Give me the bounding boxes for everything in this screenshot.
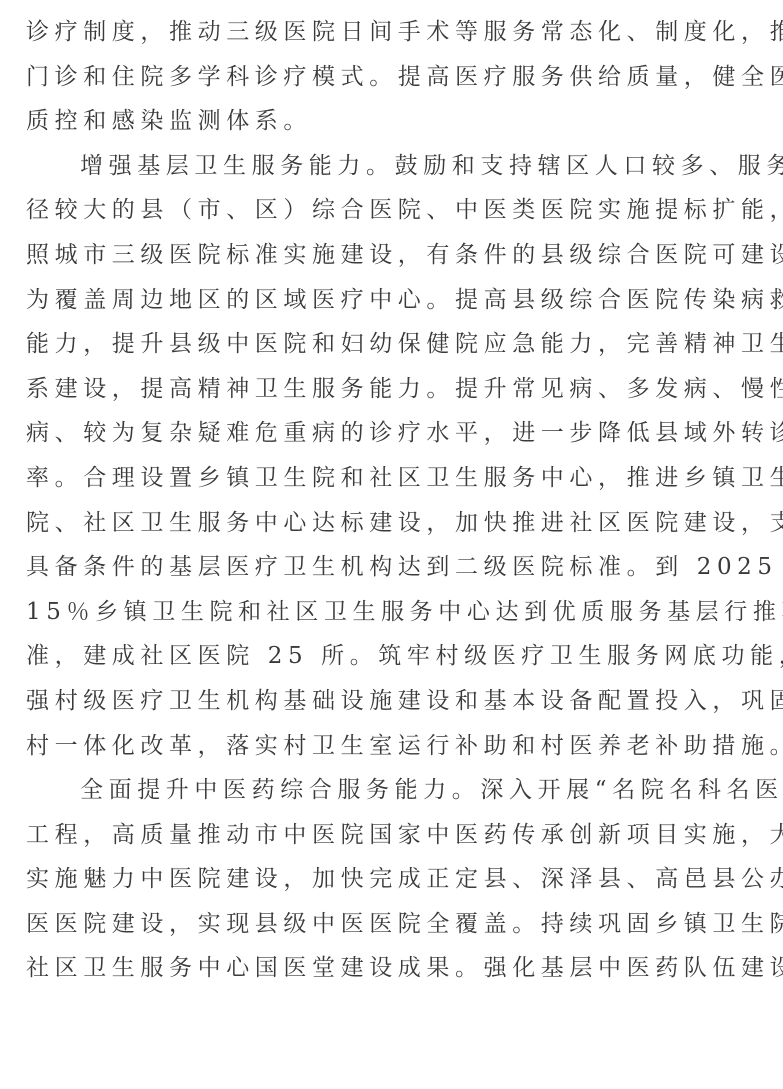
text-line: 率。合理设置乡镇卫生院和社区卫生服务中心，推进乡镇卫生 <box>26 456 766 501</box>
text-line: 质控和感染监测体系。 <box>26 99 766 144</box>
paragraph-2: 增强基层卫生服务能力。鼓励和支持辖区人口较多、服务半 径较大的县（市、区）综合医… <box>26 144 766 768</box>
text-line: 强村级医疗卫生机构基础设施建设和基本设备配置投入，巩固乡 <box>26 679 766 724</box>
text-line: 能力，提升县级中医院和妇幼保健院应急能力，完善精神卫生体 <box>26 322 766 367</box>
text-line: 工程，高质量推动市中医院国家中医药传承创新项目实施，大力 <box>26 813 766 858</box>
text-line: 具备条件的基层医疗卫生机构达到二级医院标准。到 2025 年， <box>26 545 766 590</box>
text-line: 门诊和住院多学科诊疗模式。提高医疗服务供给质量，健全医疗 <box>26 55 766 100</box>
text-line: 医医院建设，实现县级中医医院全覆盖。持续巩固乡镇卫生院、 <box>26 902 766 947</box>
paragraph-1: 诊疗制度，推动三级医院日间手术等服务常态化、制度化，推广 门诊和住院多学科诊疗模… <box>26 10 766 144</box>
text-line: 诊疗制度，推动三级医院日间手术等服务常态化、制度化，推广 <box>26 10 766 55</box>
text-line: 照城市三级医院标准实施建设，有条件的县级综合医院可建设成 <box>26 233 766 278</box>
text-line: 社区卫生服务中心国医堂建设成果。强化基层中医药队伍建设， <box>26 946 766 991</box>
text-line: 实施魅力中医院建设，加快完成正定县、深泽县、高邑县公办中 <box>26 857 766 902</box>
text-line: 15％乡镇卫生院和社区卫生服务中心达到优质服务基层行推荐标 <box>26 590 766 635</box>
text-line: 径较大的县（市、区）综合医院、中医类医院实施提标扩能，按 <box>26 188 766 233</box>
text-line: 病、较为复杂疑难危重病的诊疗水平，进一步降低县域外转诊 <box>26 411 766 456</box>
text-line: 准，建成社区医院 25 所。筑牢村级医疗卫生服务网底功能，加 <box>26 634 766 679</box>
text-line: 系建设，提高精神卫生服务能力。提升常见病、多发病、慢性 <box>26 367 766 412</box>
document-page: 诊疗制度，推动三级医院日间手术等服务常态化、制度化，推广 门诊和住院多学科诊疗模… <box>26 10 766 991</box>
text-line: 为覆盖周边地区的区域医疗中心。提高县级综合医院传染病救治 <box>26 278 766 323</box>
text-line: 增强基层卫生服务能力。鼓励和支持辖区人口较多、服务半 <box>26 144 766 189</box>
paragraph-3: 全面提升中医药综合服务能力。深入开展“名院名科名医” 工程，高质量推动市中医院国… <box>26 768 766 991</box>
text-line: 院、社区卫生服务中心达标建设，加快推进社区医院建设，支持 <box>26 501 766 546</box>
text-line: 全面提升中医药综合服务能力。深入开展“名院名科名医” <box>26 768 766 813</box>
text-line: 村一体化改革，落实村卫生室运行补助和村医养老补助措施。 <box>26 724 766 769</box>
